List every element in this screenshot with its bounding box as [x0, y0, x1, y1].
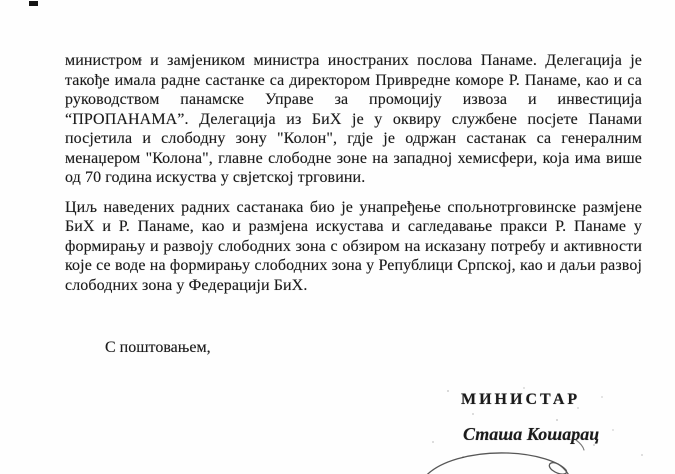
- paragraph-visit-summary: министром и замјеником министра иностран…: [65, 51, 642, 188]
- minister-name: Сташа Кошарац: [463, 424, 599, 445]
- scan-noise-speckles: [0, 0, 2, 2]
- scan-artifact-mark: [29, 1, 38, 6]
- scanned-letter-page: министром и замјеником министра иностран…: [0, 0, 675, 474]
- paragraph-meeting-goal: Циљ наведених радних састанака био је ун…: [65, 198, 642, 296]
- letter-body: министром и замјеником министра иностран…: [65, 51, 642, 295]
- minister-title: МИНИСТАР: [461, 391, 580, 409]
- closing-salutation: С поштовањем,: [105, 338, 211, 358]
